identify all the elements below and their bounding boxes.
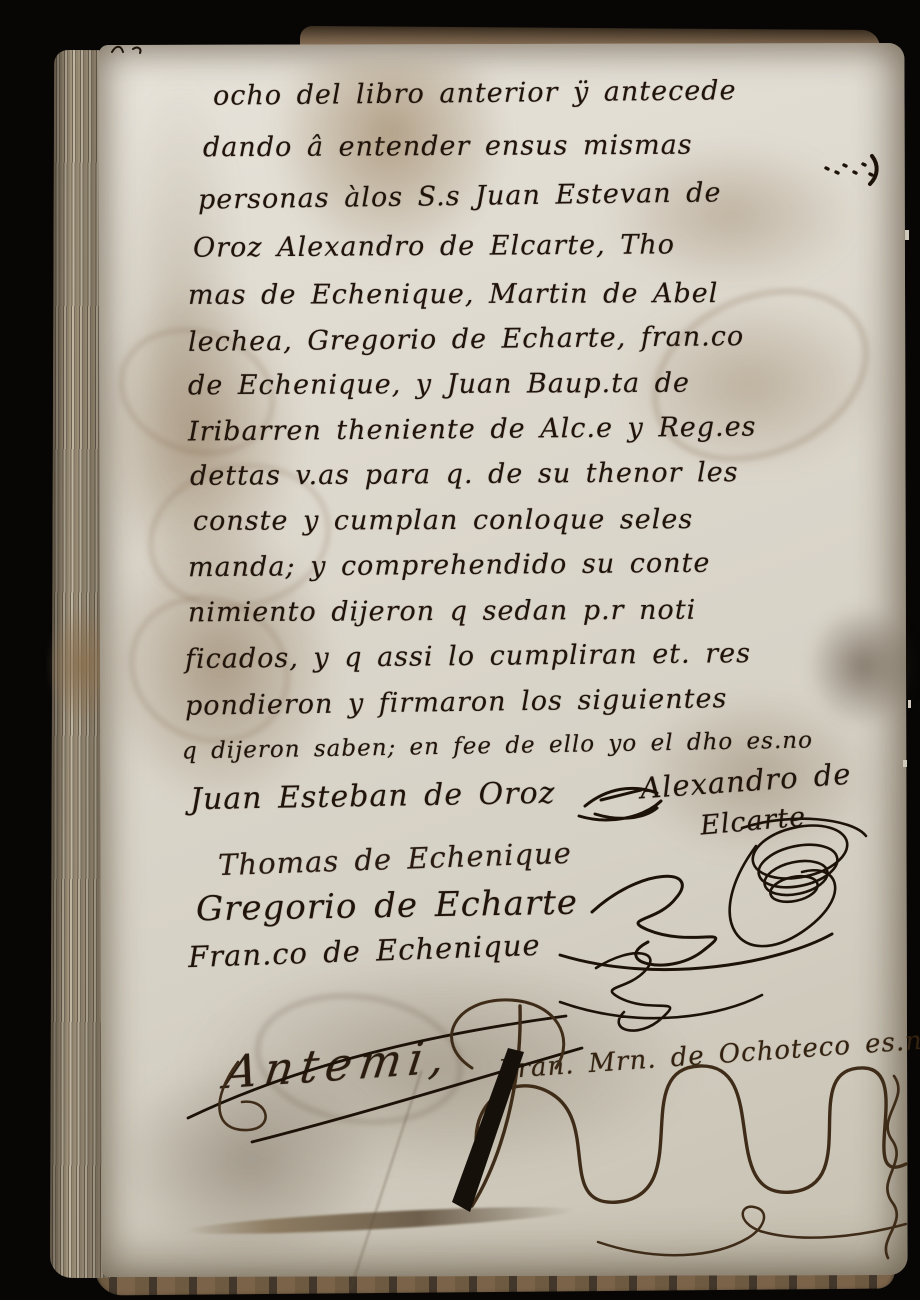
- paper-speck: [903, 760, 907, 767]
- manuscript-line: mas de Echenique, Martin de Abel: [188, 278, 718, 311]
- photo-of-manuscript: ocho del libro anterior ÿ antecede dando…: [0, 0, 920, 1300]
- manuscript-line: ficados, y q assi lo cumpliran et. res: [185, 638, 751, 675]
- manuscript-line: Oroz Alexandro de Elcarte, Tho: [193, 229, 675, 263]
- manuscript-line: dando â entender ensus mismas: [203, 130, 693, 164]
- manuscript-line: Iribarren theniente de Alc.e y Reg.es: [188, 412, 757, 448]
- manuscript-line: manda; y comprehendido su conte: [188, 548, 711, 584]
- manuscript-line: lechea, Gregorio de Echarte, fran.co: [188, 321, 744, 358]
- manuscript-line: ocho del libro anterior ÿ antecede: [213, 75, 737, 111]
- manuscript-line: nimiento dijeron q sedan p.r noti: [188, 595, 696, 629]
- paper-speck: [905, 230, 909, 240]
- signature-gregorio-de-echarte: Gregorio de Echarte: [196, 883, 579, 930]
- manuscript-line: dettas v.as para q. de su thenor les: [190, 457, 739, 492]
- signature-juan-esteban-de-oroz: Juan Esteban de Oroz: [190, 776, 556, 817]
- manuscript-line: de Echenique, y Juan Baup.ta de: [188, 368, 690, 402]
- paper-speck: [908, 700, 911, 708]
- manuscript-line: conste y cumplan conloque seles: [193, 504, 693, 537]
